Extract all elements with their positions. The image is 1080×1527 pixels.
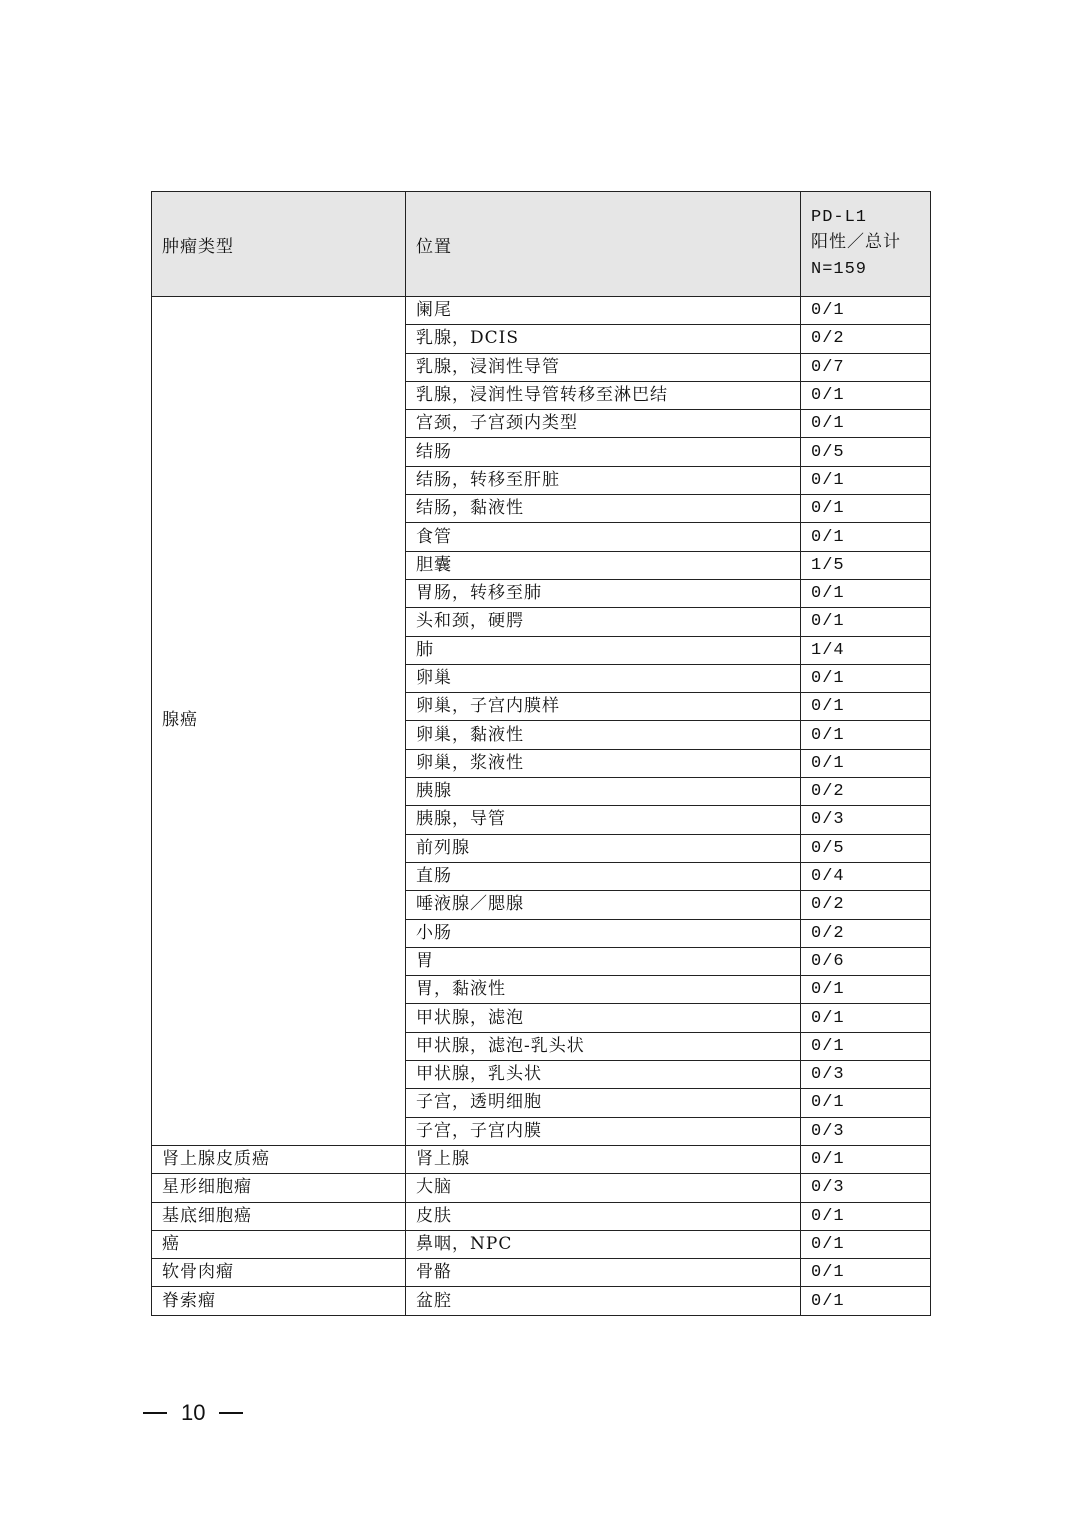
- location-cell: 头和颈，硬腭: [406, 608, 801, 636]
- location-cell: 骨骼: [406, 1259, 801, 1287]
- pdl1-value-cell: 0/5: [801, 834, 931, 862]
- header-pdl1-line3: N=159: [811, 257, 930, 283]
- table-row: 肾上腺皮质癌肾上腺0/1: [152, 1145, 931, 1173]
- location-cell: 甲状腺，滤泡: [406, 1004, 801, 1032]
- tumor-type-cell: 腺癌: [152, 297, 406, 1146]
- location-cell: 胰腺: [406, 778, 801, 806]
- pdl1-value-cell: 0/2: [801, 919, 931, 947]
- location-cell: 宫颈，子宫颈内类型: [406, 410, 801, 438]
- pdl1-value-cell: 0/1: [801, 1004, 931, 1032]
- pdl1-value-cell: 0/1: [801, 664, 931, 692]
- location-cell: 卵巢，黏液性: [406, 721, 801, 749]
- location-cell: 胰腺，导管: [406, 806, 801, 834]
- pdl1-value-cell: 0/2: [801, 325, 931, 353]
- location-cell: 阑尾: [406, 297, 801, 325]
- header-location: 位置: [406, 192, 801, 297]
- pdl1-value-cell: 0/1: [801, 1287, 931, 1315]
- pdl1-value-cell: 0/3: [801, 806, 931, 834]
- pdl1-value-cell: 0/1: [801, 1032, 931, 1060]
- pdl1-value-cell: 0/4: [801, 862, 931, 890]
- pdl1-value-cell: 0/1: [801, 1259, 931, 1287]
- pdl1-value-cell: 0/1: [801, 410, 931, 438]
- pdl1-value-cell: 0/1: [801, 297, 931, 325]
- location-cell: 胃肠，转移至肺: [406, 579, 801, 607]
- table-body: 腺癌阑尾0/1乳腺，DCIS0/2乳腺，浸润性导管0/7乳腺，浸润性导管转移至淋…: [152, 297, 931, 1316]
- location-cell: 乳腺，浸润性导管: [406, 353, 801, 381]
- tumor-type-cell: 星形细胞瘤: [152, 1174, 406, 1202]
- pdl1-value-cell: 0/5: [801, 438, 931, 466]
- page-number: 10: [181, 1400, 205, 1426]
- dash-left: [143, 1412, 167, 1414]
- location-cell: 卵巢，浆液性: [406, 749, 801, 777]
- table-header-row: 肿瘤类型 位置 PD-L1 阳性／总计 N=159: [152, 192, 931, 297]
- pdl1-value-cell: 0/1: [801, 693, 931, 721]
- location-cell: 大脑: [406, 1174, 801, 1202]
- tumor-type-cell: 软骨肉瘤: [152, 1259, 406, 1287]
- location-cell: 鼻咽，NPC: [406, 1230, 801, 1258]
- location-cell: 胃: [406, 947, 801, 975]
- table-row: 基底细胞癌皮肤0/1: [152, 1202, 931, 1230]
- header-pdl1-line2: 阳性／总计: [811, 231, 930, 257]
- location-cell: 乳腺，浸润性导管转移至淋巴结: [406, 381, 801, 409]
- header-pdl1-line1: PD-L1: [811, 205, 930, 231]
- table-row: 脊索瘤盆腔0/1: [152, 1287, 931, 1315]
- location-cell: 卵巢，子宫内膜样: [406, 693, 801, 721]
- pdl1-value-cell: 0/1: [801, 1145, 931, 1173]
- location-cell: 子宫，子宫内膜: [406, 1117, 801, 1145]
- location-cell: 皮肤: [406, 1202, 801, 1230]
- pdl1-value-cell: 0/1: [801, 466, 931, 494]
- pdl1-value-cell: 0/1: [801, 608, 931, 636]
- page-footer: 10: [143, 1400, 243, 1426]
- pdl1-value-cell: 0/1: [801, 976, 931, 1004]
- pdl1-value-cell: 0/1: [801, 1230, 931, 1258]
- location-cell: 甲状腺，乳头状: [406, 1061, 801, 1089]
- pdl1-value-cell: 0/3: [801, 1174, 931, 1202]
- header-pdl1: PD-L1 阳性／总计 N=159: [801, 192, 931, 297]
- location-cell: 食管: [406, 523, 801, 551]
- location-cell: 肺: [406, 636, 801, 664]
- location-cell: 胃，黏液性: [406, 976, 801, 1004]
- pdl1-value-cell: 0/2: [801, 891, 931, 919]
- location-cell: 小肠: [406, 919, 801, 947]
- pdl1-value-cell: 0/1: [801, 721, 931, 749]
- pdl1-value-cell: 0/1: [801, 523, 931, 551]
- location-cell: 卵巢: [406, 664, 801, 692]
- pdl1-value-cell: 0/1: [801, 1202, 931, 1230]
- pdl1-value-cell: 0/3: [801, 1061, 931, 1089]
- location-cell: 结肠，黏液性: [406, 495, 801, 523]
- tumor-type-cell: 脊索瘤: [152, 1287, 406, 1315]
- tumor-type-cell: 癌: [152, 1230, 406, 1258]
- table-row: 腺癌阑尾0/1: [152, 297, 931, 325]
- location-cell: 直肠: [406, 862, 801, 890]
- pdl1-value-cell: 0/2: [801, 778, 931, 806]
- tumor-type-cell: 基底细胞癌: [152, 1202, 406, 1230]
- pdl1-results-table: 肿瘤类型 位置 PD-L1 阳性／总计 N=159 腺癌阑尾0/1乳腺，DCIS…: [151, 191, 931, 1316]
- location-cell: 子宫，透明细胞: [406, 1089, 801, 1117]
- location-cell: 唾液腺／腮腺: [406, 891, 801, 919]
- pdl1-value-cell: 1/4: [801, 636, 931, 664]
- location-cell: 甲状腺，滤泡-乳头状: [406, 1032, 801, 1060]
- table-row: 癌鼻咽，NPC0/1: [152, 1230, 931, 1258]
- tumor-type-cell: 肾上腺皮质癌: [152, 1145, 406, 1173]
- dash-right: [219, 1412, 243, 1414]
- pdl1-value-cell: 0/1: [801, 749, 931, 777]
- location-cell: 胆囊: [406, 551, 801, 579]
- pdl1-value-cell: 0/1: [801, 381, 931, 409]
- location-cell: 前列腺: [406, 834, 801, 862]
- location-cell: 结肠，转移至肝脏: [406, 466, 801, 494]
- pdl1-value-cell: 0/1: [801, 495, 931, 523]
- location-cell: 结肠: [406, 438, 801, 466]
- pdl1-value-cell: 0/1: [801, 1089, 931, 1117]
- pdl1-value-cell: 1/5: [801, 551, 931, 579]
- pdl1-value-cell: 0/3: [801, 1117, 931, 1145]
- header-tumor-type: 肿瘤类型: [152, 192, 406, 297]
- pdl1-value-cell: 0/7: [801, 353, 931, 381]
- table-row: 星形细胞瘤大脑0/3: [152, 1174, 931, 1202]
- table-row: 软骨肉瘤骨骼0/1: [152, 1259, 931, 1287]
- location-cell: 肾上腺: [406, 1145, 801, 1173]
- location-cell: 乳腺，DCIS: [406, 325, 801, 353]
- pdl1-value-cell: 0/1: [801, 579, 931, 607]
- pdl1-value-cell: 0/6: [801, 947, 931, 975]
- location-cell: 盆腔: [406, 1287, 801, 1315]
